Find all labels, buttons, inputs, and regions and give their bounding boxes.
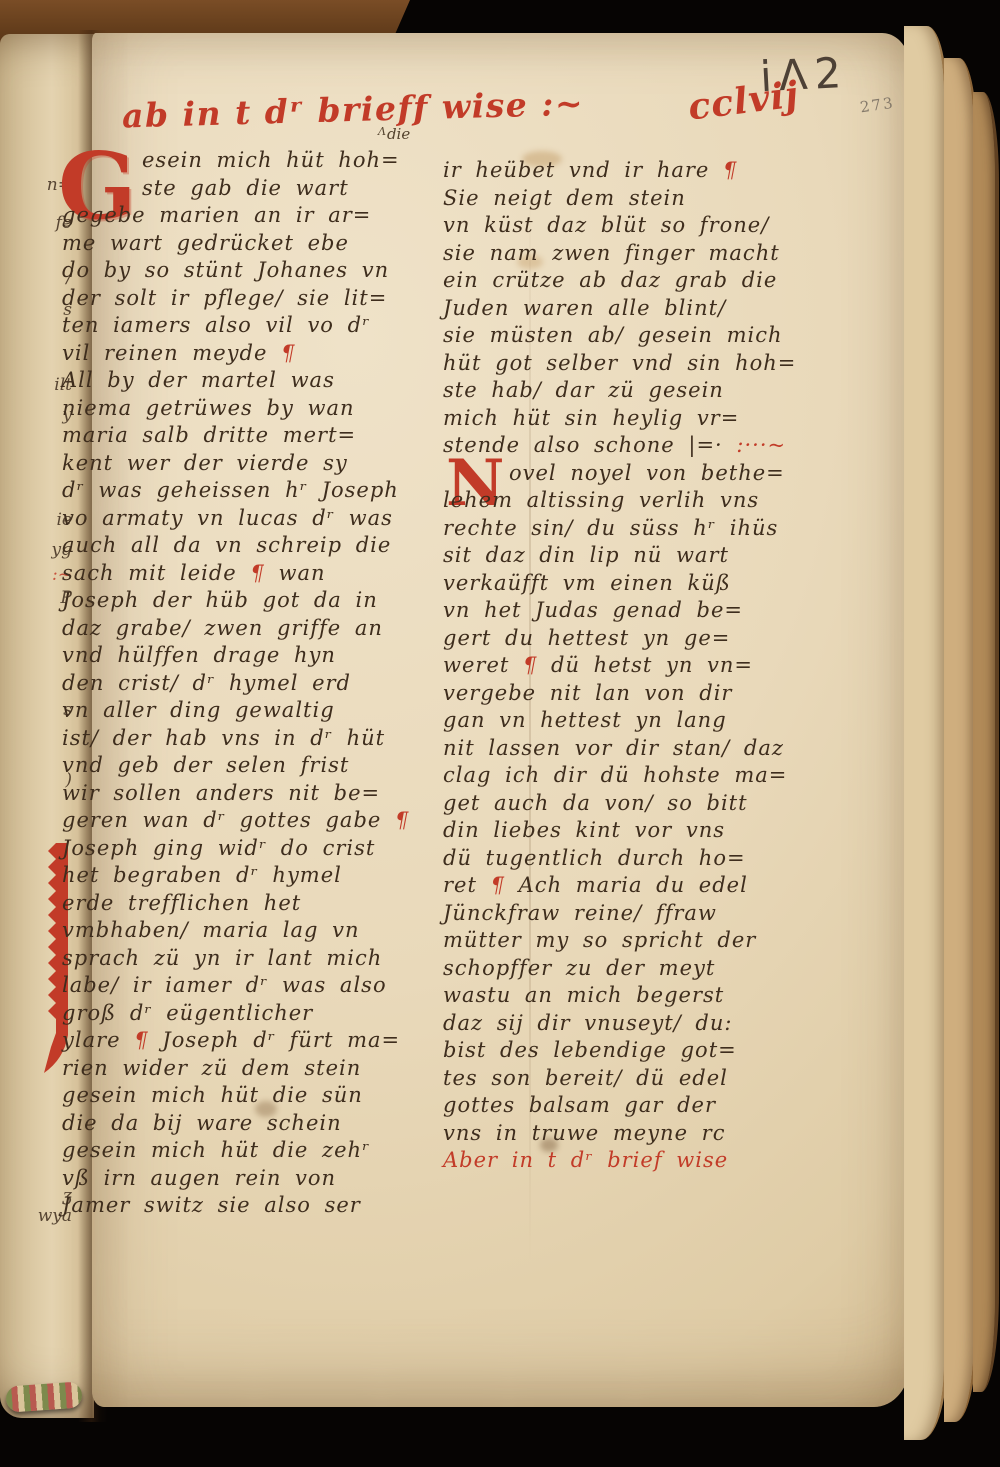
ink-run: esein mich hüt hoh= [142, 148, 400, 172]
interlinear-word: die [387, 125, 410, 143]
text-line: ret ¶ Ach maria du edel [443, 872, 879, 900]
ink-run: gegebe marien an ir ar= [62, 203, 371, 227]
ink-run: ist/ der hab vns in dʳ hüt [62, 726, 385, 750]
text-line: vo armaty vn lucas dʳ was [62, 505, 458, 533]
ink-run: Jünckfraw reine/ ffraw [443, 901, 717, 925]
ink-run: rechte sin/ du süss hʳ ihüs [443, 516, 778, 540]
ink-run: gert du hettest yn ge= [443, 626, 730, 650]
rubric-run: ¶ [281, 341, 295, 365]
ink-run: der solt ir pflege/ sie lit= [62, 286, 387, 310]
text-line: stende also schone |=· :···~ [443, 432, 879, 460]
text-line: ten iamers also vil vo dʳ [62, 312, 458, 340]
page-stack-fore-edge [904, 0, 1000, 1467]
ink-run: wir sollen anders nit be= [62, 781, 380, 805]
ink-run: ste hab/ dar zü gesein [443, 378, 724, 402]
text-line: din liebes kint vor vns [443, 817, 879, 845]
text-line: geren wan dʳ gottes gabe ¶ [62, 807, 458, 835]
text-line: ste gab die wart [62, 175, 458, 203]
text-line: auch all da vn schreip die [62, 532, 458, 560]
left-text-column: esein mich hüt hoh=ste gab die wartgegeb… [62, 147, 458, 1220]
text-line: Joseph ging widʳ do crist [62, 835, 458, 863]
fore-edge-layer [904, 26, 947, 1440]
ink-run: tes son bereit/ dü edel [443, 1066, 728, 1090]
ink-run: dü hetst yn vn= [551, 653, 753, 677]
ink-run: ten iamers also vil vo dʳ [62, 313, 370, 337]
ink-run: nit lassen vor dir stan/ daz [443, 736, 784, 760]
text-line: sie nam zwen finger macht [443, 240, 879, 268]
text-line: gottes balsam gar der [443, 1092, 879, 1120]
ink-run: stende also schone |=· [443, 433, 723, 457]
text-line: ovel noyel von bethe= [443, 460, 879, 488]
ink-run: mütter my so spricht der [443, 928, 756, 952]
text-line: Jünckfraw reine/ ffraw [443, 900, 879, 928]
ink-run: dʳ was geheissen hʳ Joseph [62, 478, 399, 502]
ink-run: Joseph dʳ fürt ma= [162, 1028, 400, 1052]
ink-run: sit daz din lip nü wart [443, 543, 729, 567]
ink-run: mich hüt sin heylig vr= [443, 406, 739, 430]
ink-run: Sie neigt dem stein [443, 186, 686, 210]
text-line: vergebe nit lan von dir [443, 680, 879, 708]
text-line: vnd geb der selen frist [62, 752, 458, 780]
text-line: sit daz din lip nü wart [443, 542, 879, 570]
ink-run: me wart gedrücket ebe [62, 231, 349, 255]
text-line: esein mich hüt hoh= [62, 147, 458, 175]
text-line: ist/ der hab vns in dʳ hüt [62, 725, 458, 753]
text-line: ste hab/ dar zü gesein [443, 377, 879, 405]
ink-run: vß irn augen rein von [62, 1166, 336, 1190]
ink-run: Joseph ging widʳ do crist [62, 836, 375, 860]
text-line: Aber in t dʳ brief wise [443, 1147, 879, 1175]
ink-run: vn aller ding gewaltig [62, 698, 335, 722]
ink-run: ret [443, 873, 491, 897]
ink-run: vmbhaben/ maria lag vn [62, 918, 360, 942]
caret-icon: Λ [378, 125, 386, 138]
ink-run: rc [702, 1121, 726, 1145]
ink-run: Jamer switz sie also ser [62, 1193, 361, 1217]
text-line: groß dʳ eügentlicher [62, 1000, 458, 1028]
ink-run: labe/ ir iamer dʳ was also [62, 973, 387, 997]
ink-run: erde trefflichen het [62, 891, 301, 915]
fore-edge-layer [973, 92, 999, 1392]
text-line: niema getrüwes by wan [62, 395, 458, 423]
text-line: het begraben dʳ hymel [62, 862, 458, 890]
rubric-run: ¶ [134, 1028, 162, 1052]
ink-run: din liebes kint vor vns [443, 818, 725, 842]
ink-run: gottes balsam gar der [443, 1093, 716, 1117]
text-line: mütter my so spricht der [443, 927, 879, 955]
ink-run: Ach maria du edel [519, 873, 748, 897]
interlinear-note: Λdie [378, 125, 410, 143]
ink-run: sach mit leide [62, 561, 250, 585]
text-line: clag ich dir dü hohste ma= [443, 762, 879, 790]
ink-run: weret [443, 653, 523, 677]
text-line: vil reinen meyde ¶ [62, 340, 458, 368]
text-line: vmbhaben/ maria lag vn [62, 917, 458, 945]
rubric-run: ¶ [723, 158, 737, 182]
folio-number-ink: iΛ2 [759, 48, 850, 102]
ink-run: die da bij ware schein [62, 1111, 342, 1135]
ink-run: ein crütze ab daz grab die [443, 268, 777, 292]
text-line: dʳ was geheissen hʳ Joseph [62, 477, 458, 505]
ink-run: vn küst daz blüt so frone/ [443, 213, 769, 237]
ink-run: vns in truwe meyne [443, 1121, 702, 1145]
text-line: nit lassen vor dir stan/ daz [443, 735, 879, 763]
ink-run: gan vn hettest yn lang [443, 708, 727, 732]
ink-run: vnd hülffen drage hyn [62, 643, 336, 667]
ink-run: sprach zü yn ir lant mich [62, 946, 382, 970]
ink-run: vergebe nit lan von dir [443, 681, 732, 705]
ink-run: daz sij dir vnuseyt/ du: [443, 1011, 732, 1035]
text-line: maria salb dritte mert= [62, 422, 458, 450]
ink-run: ylare [62, 1028, 134, 1052]
ink-run: lehem altissing verlih vns [443, 488, 759, 512]
text-line: me wart gedrücket ebe [62, 230, 458, 258]
text-line: gan vn hettest yn lang [443, 707, 879, 735]
text-line: ylare ¶ Joseph dʳ fürt ma= [62, 1027, 458, 1055]
text-line: gesein mich hüt die sün [62, 1082, 458, 1110]
ink-run: dü tugentlich durch ho= [443, 846, 746, 870]
ink-run: ovel noyel von bethe= [509, 461, 785, 485]
ink-run: All by der martel was [62, 368, 335, 392]
ink-run: ste gab die wart [142, 176, 349, 200]
text-line: ir heübet vnd ir hare ¶ [443, 157, 879, 185]
ink-run: do by so stünt Johanes vn [62, 258, 389, 282]
ink-run: verkaüfft vm einen küß [443, 571, 731, 595]
text-line: sach mit leide ¶ wan [62, 560, 458, 588]
ink-run: wastu an mich begerst [443, 983, 724, 1007]
ink-run: den crist/ dʳ hymel erd [62, 671, 351, 695]
text-line: weret ¶ dü hetst yn vn= [443, 652, 879, 680]
ink-run: vo armaty vn lucas dʳ was [62, 506, 393, 530]
text-line: ein crütze ab daz grab die [443, 267, 879, 295]
ink-run: ir heübet vnd ir hare [443, 158, 723, 182]
ink-run: wan [278, 561, 325, 585]
text-line: gert du hettest yn ge= [443, 625, 879, 653]
rubric-run: ¶ [250, 561, 278, 585]
text-line: sie müsten ab/ gesein mich [443, 322, 879, 350]
text-line: dü tugentlich durch ho= [443, 845, 879, 873]
ink-run: sie nam zwen finger macht [443, 241, 780, 265]
text-line: vß irn augen rein von [62, 1165, 458, 1193]
ink-run: schopffer zu der meyt [443, 956, 715, 980]
ink-run: gesein mich hüt die zehʳ [62, 1138, 370, 1162]
rubric-run: Aber in t dʳ brief wise [443, 1148, 728, 1172]
text-line: Jamer switz sie also ser [62, 1192, 458, 1220]
endband [5, 1381, 83, 1412]
ink-run: groß dʳ eügentlicher [62, 1001, 313, 1025]
ink-run: hüt got selber vnd sin hoh= [443, 351, 796, 375]
text-line: gesein mich hüt die zehʳ [62, 1137, 458, 1165]
text-line: tes son bereit/ dü edel [443, 1065, 879, 1093]
ink-run: niema getrüwes by wan [62, 396, 355, 420]
rubric-run: ¶ [381, 808, 409, 832]
ink-run: maria salb dritte mert= [62, 423, 356, 447]
ink-run: daz grabe/ zwen griffe an [62, 616, 383, 640]
text-line: die da bij ware schein [62, 1110, 458, 1138]
rubric-run: ¶ [523, 653, 551, 677]
text-line: get auch da von/ so bitt [443, 790, 879, 818]
text-line: All by der martel was [62, 367, 458, 395]
text-line: Sie neigt dem stein [443, 185, 879, 213]
text-line: daz grabe/ zwen griffe an [62, 615, 458, 643]
ink-run: rien wider zü dem stein [62, 1056, 361, 1080]
text-line: rechte sin/ du süss hʳ ihüs [443, 515, 879, 543]
text-line: vns in truwe meyne rc [443, 1120, 879, 1148]
ink-run: Juden waren alle blint/ [443, 296, 726, 320]
text-line: vn küst daz blüt so frone/ [443, 212, 879, 240]
text-line: vn het Judas genad be= [443, 597, 879, 625]
text-line: labe/ ir iamer dʳ was also [62, 972, 458, 1000]
text-line: den crist/ dʳ hymel erd [62, 670, 458, 698]
text-line: Juden waren alle blint/ [443, 295, 879, 323]
text-line: der solt ir pflege/ sie lit= [62, 285, 458, 313]
ink-run: sie müsten ab/ gesein mich [443, 323, 783, 347]
text-line: schopffer zu der meyt [443, 955, 879, 983]
rubric-run: ¶ [491, 873, 519, 897]
ink-run: bist des lebendige got= [443, 1038, 737, 1062]
manuscript-photo: n=fe/siltyieyg:~Ps)ʒwya ab in t dʳ brief… [0, 0, 1000, 1467]
text-line: erde trefflichen het [62, 890, 458, 918]
text-line: vn aller ding gewaltig [62, 697, 458, 725]
text-line: do by so stünt Johanes vn [62, 257, 458, 285]
text-line: Joseph der hüb got da in [62, 587, 458, 615]
text-line: vnd hülffen drage hyn [62, 642, 458, 670]
text-line: lehem altissing verlih vns [443, 487, 879, 515]
ink-run: geren wan dʳ gottes gabe [62, 808, 381, 832]
ink-run: vnd geb der selen frist [62, 753, 349, 777]
ink-run: vil reinen meyde [62, 341, 281, 365]
ink-run: get auch da von/ so bitt [443, 791, 748, 815]
ink-run: auch all da vn schreip die [62, 533, 391, 557]
text-line: mich hüt sin heylig vr= [443, 405, 879, 433]
text-line: verkaüfft vm einen küß [443, 570, 879, 598]
rubric-run: :···~ [723, 433, 786, 457]
right-text-column: ir heübet vnd ir hare ¶Sie neigt dem ste… [443, 157, 879, 1175]
text-line: rien wider zü dem stein [62, 1055, 458, 1083]
text-line: sprach zü yn ir lant mich [62, 945, 458, 973]
ink-run: het begraben dʳ hymel [62, 863, 342, 887]
text-line: gegebe marien an ir ar= [62, 202, 458, 230]
text-line: wastu an mich begerst [443, 982, 879, 1010]
ink-run: gesein mich hüt die sün [62, 1083, 363, 1107]
text-line: bist des lebendige got= [443, 1037, 879, 1065]
ink-run: clag ich dir dü hohste ma= [443, 763, 787, 787]
ink-run: vn het Judas genad be= [443, 598, 743, 622]
text-line: kent wer der vierde sy [62, 450, 458, 478]
ink-run: kent wer der vierde sy [62, 451, 348, 475]
text-line: wir sollen anders nit be= [62, 780, 458, 808]
ink-run: Joseph der hüb got da in [62, 588, 378, 612]
text-line: hüt got selber vnd sin hoh= [443, 350, 879, 378]
text-line: daz sij dir vnuseyt/ du: [443, 1010, 879, 1038]
